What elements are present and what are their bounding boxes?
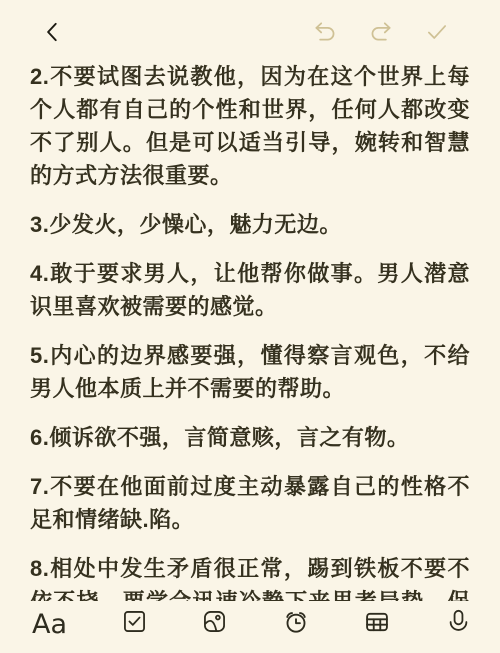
topbar-actions [312, 19, 450, 45]
checkmark-icon [424, 19, 450, 45]
note-paragraph: 5.内心的边界感要强，懂得察言观色，不给男人他本质上并不需要的帮助。 [30, 339, 470, 405]
voice-input-button[interactable] [445, 608, 472, 640]
image-insert-button[interactable] [201, 608, 228, 640]
note-paragraph: 4.敢于要求男人，让他帮你做事。男人潜意识里喜欢被需要的感觉。 [30, 257, 470, 323]
text-format-icon: Aa [32, 609, 67, 640]
undo-icon [312, 19, 338, 45]
table-insert-button[interactable] [363, 608, 391, 641]
checkbox-insert-button[interactable] [121, 608, 148, 640]
table-icon [363, 623, 391, 640]
microphone-icon [445, 622, 472, 639]
undo-button[interactable] [312, 19, 338, 45]
text-format-button[interactable]: Aa [32, 611, 67, 638]
top-bar [0, 0, 500, 58]
image-icon [201, 622, 228, 639]
note-paragraph: 2.不要试图去说教他，因为在这个世界上每个人都有自己的个性和世界，任何人都改变不… [30, 60, 470, 192]
alarm-clock-icon [282, 623, 310, 640]
redo-button[interactable] [368, 19, 394, 45]
note-editor-body[interactable]: 2.不要试图去说教他，因为在这个世界上每个人都有自己的个性和世界，任何人都改变不… [0, 58, 500, 651]
confirm-button[interactable] [424, 19, 450, 45]
note-paragraph: 6.倾诉欲不强，言简意赅，言之有物。 [30, 421, 470, 454]
note-paragraph: 3.少发火，少懆心，魅力无边。 [30, 208, 470, 241]
redo-icon [368, 19, 394, 45]
editor-toolbar: Aa [0, 601, 500, 653]
alarm-insert-button[interactable] [282, 608, 310, 641]
back-button[interactable] [40, 19, 66, 45]
chevron-left-icon [40, 19, 66, 45]
checkbox-icon [121, 622, 148, 639]
note-paragraph: 7.不要在他面前过度主动暴露自己的性格不足和情绪缺.陷。 [30, 470, 470, 536]
